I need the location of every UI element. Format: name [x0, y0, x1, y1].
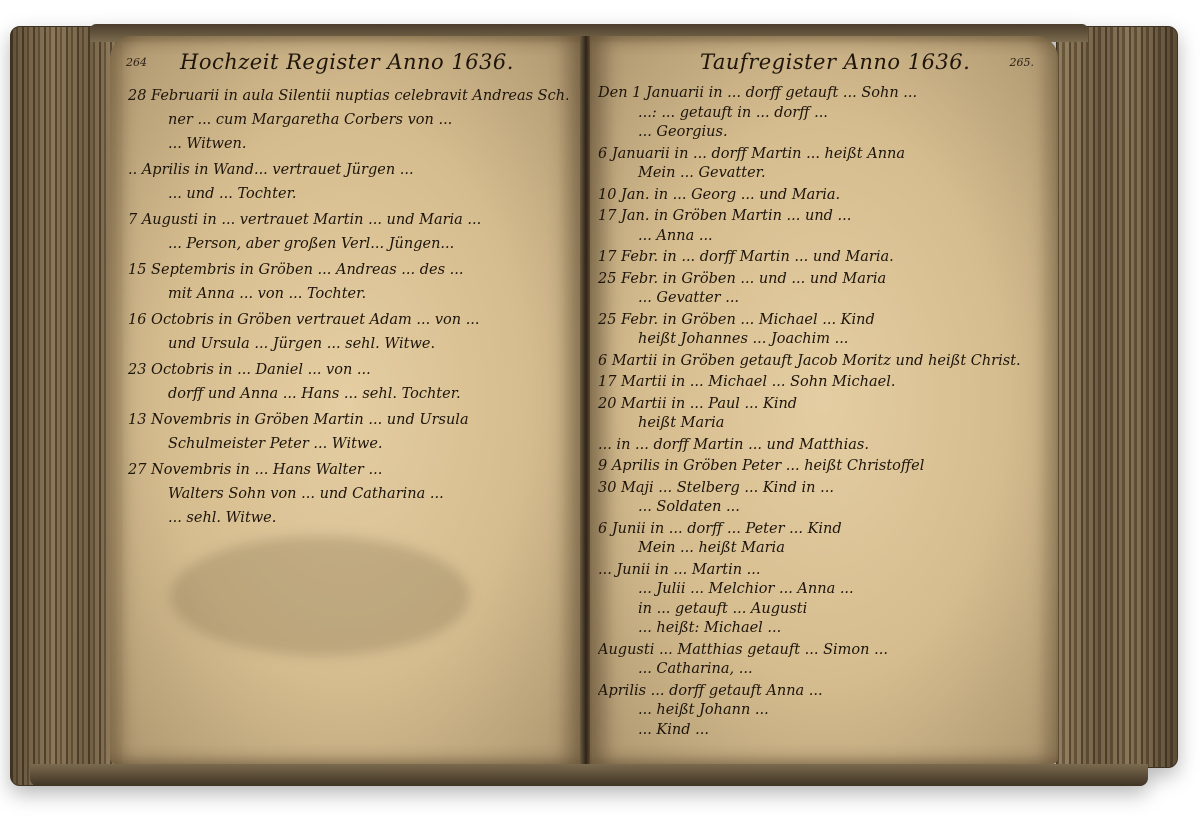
- handwritten-line: Aprilis ... dorff getauft Anna ...: [598, 682, 1044, 702]
- handwritten-line: mit Anna ... von ... Tochter.: [128, 282, 568, 306]
- page-heading-right: Taufregister Anno 1636.: [700, 50, 970, 74]
- page-heading-left: Hochzeit Register Anno 1636.: [180, 50, 514, 74]
- register-entry: 15 Septembris in Gröben ... Andreas ... …: [128, 258, 568, 306]
- handwritten-line: 17 Jan. in Gröben Martin ... und ...: [598, 207, 1044, 227]
- handwritten-line: ... Gevatter ...: [598, 289, 1044, 309]
- register-entry: 9 Aprilis in Gröben Peter ... heißt Chri…: [598, 457, 1044, 477]
- handwritten-line: Schulmeister Peter ... Witwe.: [128, 432, 568, 456]
- handwritten-line: dorff und Anna ... Hans ... sehl. Tochte…: [128, 382, 568, 406]
- handwritten-line: 17 Febr. in ... dorff Martin ... und Mar…: [598, 248, 1044, 268]
- handwritten-line: 10 Jan. in ... Georg ... und Maria.: [598, 186, 1044, 206]
- bottom-page-edges: [30, 764, 1148, 786]
- handwritten-line: 9 Aprilis in Gröben Peter ... heißt Chri…: [598, 457, 1044, 477]
- handwritten-line: 23 Octobris in ... Daniel ... von ...: [128, 358, 568, 382]
- handwritten-line: ... in ... dorff Martin ... und Matthias…: [598, 436, 1044, 456]
- register-entry: 6 Januarii in ... dorff Martin ... heißt…: [598, 145, 1044, 184]
- register-entry: 17 Martii in ... Michael ... Sohn Michae…: [598, 373, 1044, 393]
- marriage-register-entries: 28 Februarii in aula Silentii nuptias ce…: [128, 84, 568, 532]
- register-entry: 28 Februarii in aula Silentii nuptias ce…: [128, 84, 568, 156]
- register-entry: 20 Martii in ... Paul ... Kindheißt Mari…: [598, 395, 1044, 434]
- register-entry: 17 Febr. in ... dorff Martin ... und Mar…: [598, 248, 1044, 268]
- left-page: 264 Hochzeit Register Anno 1636. 28 Febr…: [110, 36, 582, 764]
- register-entry: .. Aprilis in Wand... vertrauet Jürgen .…: [128, 158, 568, 206]
- right-page-edges: [1056, 26, 1178, 768]
- handwritten-line: 13 Novembris in Gröben Martin ... und Ur…: [128, 408, 568, 432]
- handwritten-line: heißt Maria: [598, 414, 1044, 434]
- register-entry: 7 Augusti in ... vertrauet Martin ... un…: [128, 208, 568, 256]
- handwritten-line: heißt Johannes ... Joachim ...: [598, 330, 1044, 350]
- register-entry: 27 Novembris in ... Hans Walter ...Walte…: [128, 458, 568, 530]
- handwritten-line: ... Anna ...: [598, 227, 1044, 247]
- register-entry: ... Junii in ... Martin ...... Julii ...…: [598, 561, 1044, 639]
- folio-number-right: 265.: [1010, 56, 1035, 69]
- handwritten-line: 20 Martii in ... Paul ... Kind: [598, 395, 1044, 415]
- handwritten-line: 25 Febr. in Gröben ... Michael ... Kind: [598, 311, 1044, 331]
- handwritten-line: 17 Martii in ... Michael ... Sohn Michae…: [598, 373, 1044, 393]
- left-page-edges: [10, 26, 122, 786]
- handwritten-line: in ... getauft ... Augusti: [598, 600, 1044, 620]
- handwritten-line: Walters Sohn von ... und Catharina ...: [128, 482, 568, 506]
- register-entry: Aprilis ... dorff getauft Anna ...... he…: [598, 682, 1044, 741]
- handwritten-line: Mein ... Gevatter.: [598, 164, 1044, 184]
- handwritten-line: ... Georgius.: [598, 123, 1044, 143]
- handwritten-line: ... Kind ...: [598, 721, 1044, 741]
- register-entry: 25 Febr. in Gröben ... und ... und Maria…: [598, 270, 1044, 309]
- register-entry: Den 1 Januarii in ... dorff getauft ... …: [598, 84, 1044, 143]
- handwritten-line: ... Soldaten ...: [598, 498, 1044, 518]
- handwritten-line: ...: ... getauft in ... dorff ...: [598, 104, 1044, 124]
- handwritten-line: 30 Maji ... Stelberg ... Kind in ...: [598, 479, 1044, 499]
- handwritten-line: 25 Febr. in Gröben ... und ... und Maria: [598, 270, 1044, 290]
- right-page: Taufregister Anno 1636. 265. Den 1 Janua…: [590, 36, 1058, 764]
- open-book: 264 Hochzeit Register Anno 1636. 28 Febr…: [10, 24, 1178, 786]
- handwritten-line: ... Julii ... Melchior ... Anna ...: [598, 580, 1044, 600]
- register-entry: 6 Martii in Gröben getauft Jacob Moritz …: [598, 352, 1044, 372]
- register-entry: 10 Jan. in ... Georg ... und Maria.: [598, 186, 1044, 206]
- handwritten-line: und Ursula ... Jürgen ... sehl. Witwe.: [128, 332, 568, 356]
- baptism-register-entries: Den 1 Januarii in ... dorff getauft ... …: [598, 84, 1044, 742]
- register-entry: 23 Octobris in ... Daniel ... von ...dor…: [128, 358, 568, 406]
- handwritten-line: 6 Januarii in ... dorff Martin ... heißt…: [598, 145, 1044, 165]
- handwritten-line: 6 Martii in Gröben getauft Jacob Moritz …: [598, 352, 1044, 372]
- register-entry: ... in ... dorff Martin ... und Matthias…: [598, 436, 1044, 456]
- handwritten-line: Augusti ... Matthias getauft ... Simon .…: [598, 641, 1044, 661]
- register-entry: 17 Jan. in Gröben Martin ... und ...... …: [598, 207, 1044, 246]
- ink-bleed-stain: [170, 536, 470, 656]
- handwritten-line: Den 1 Januarii in ... dorff getauft ... …: [598, 84, 1044, 104]
- register-entry: 13 Novembris in Gröben Martin ... und Ur…: [128, 408, 568, 456]
- register-entry: 30 Maji ... Stelberg ... Kind in ...... …: [598, 479, 1044, 518]
- register-entry: 25 Febr. in Gröben ... Michael ... Kindh…: [598, 311, 1044, 350]
- handwritten-line: ... sehl. Witwe.: [128, 506, 568, 530]
- handwritten-line: 27 Novembris in ... Hans Walter ...: [128, 458, 568, 482]
- handwritten-line: ner ... cum Margaretha Corbers von ...: [128, 108, 568, 132]
- handwritten-line: ... Catharina, ...: [598, 660, 1044, 680]
- handwritten-line: 7 Augusti in ... vertrauet Martin ... un…: [128, 208, 568, 232]
- handwritten-line: Mein ... heißt Maria: [598, 539, 1044, 559]
- handwritten-line: 15 Septembris in Gröben ... Andreas ... …: [128, 258, 568, 282]
- handwritten-line: 6 Junii in ... dorff ... Peter ... Kind: [598, 520, 1044, 540]
- handwritten-line: ... Person, aber großen Verl... Jüngen..…: [128, 232, 568, 256]
- handwritten-line: ... Junii in ... Martin ...: [598, 561, 1044, 581]
- handwritten-line: ... und ... Tochter.: [128, 182, 568, 206]
- handwritten-line: 28 Februarii in aula Silentii nuptias ce…: [128, 84, 568, 108]
- register-entry: 16 Octobris in Gröben vertrauet Adam ...…: [128, 308, 568, 356]
- handwritten-line: .. Aprilis in Wand... vertrauet Jürgen .…: [128, 158, 568, 182]
- register-entry: 6 Junii in ... dorff ... Peter ... KindM…: [598, 520, 1044, 559]
- handwritten-line: ... heißt: Michael ...: [598, 619, 1044, 639]
- handwritten-line: 16 Octobris in Gröben vertrauet Adam ...…: [128, 308, 568, 332]
- handwritten-line: ... heißt Johann ...: [598, 701, 1044, 721]
- folio-number-left: 264: [126, 56, 147, 69]
- handwritten-line: ... Witwen.: [128, 132, 568, 156]
- register-entry: Augusti ... Matthias getauft ... Simon .…: [598, 641, 1044, 680]
